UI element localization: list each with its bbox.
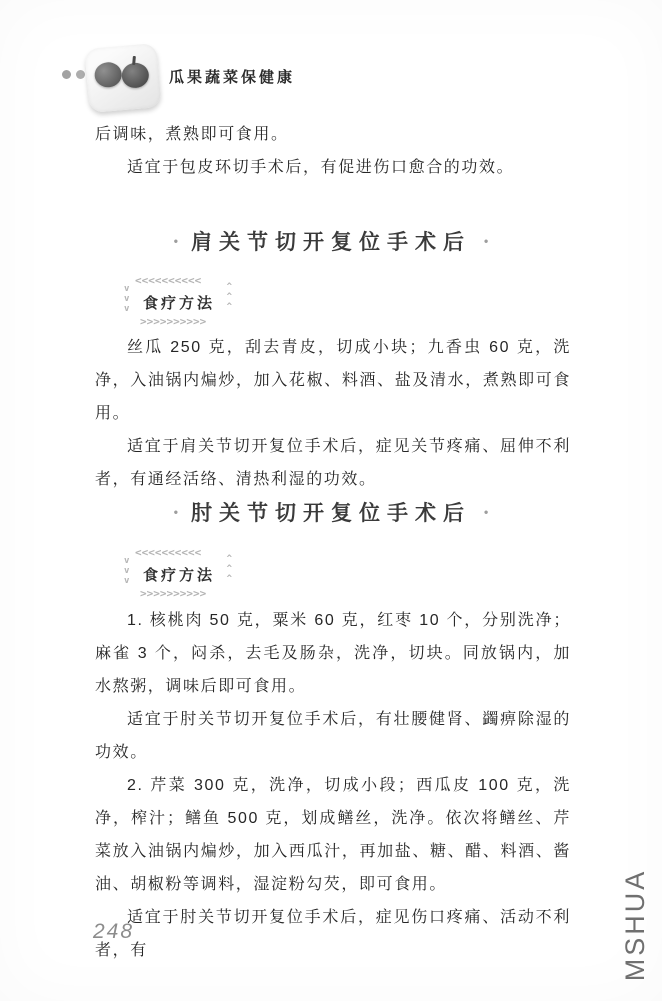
section-1-paragraphs: 丝瓜 250 克，刮去青皮，切成小块；九香虫 60 克，洗净，入油锅内煸炒，加入… — [95, 331, 571, 496]
fruit-icon — [94, 61, 123, 88]
heading-dot-icon: • — [484, 506, 488, 518]
badge-label: 食疗方法 — [143, 564, 215, 585]
chevron-frame-left: v v v — [124, 284, 129, 314]
section-2-paragraphs: 1. 核桃肉 50 克，粟米 60 克，红枣 10 个，分别洗净；麻雀 3 个，… — [95, 604, 571, 967]
paragraph: 适宜于肘关节切开复位手术后，有壮腰健肾、蠲痹除湿的功效。 — [95, 703, 571, 769]
paragraph-continuation: 后调味，煮熟即可食用。 — [95, 118, 571, 151]
chevron-frame-right: ^ ^ ^ — [227, 282, 232, 312]
chevron-frame-left: v v v — [124, 556, 129, 586]
chevron-frame-top: <<<<<<<<<< — [135, 274, 201, 287]
diet-method-badge: <<<<<<<<<< >>>>>>>>>> v v v ^ ^ ^ 食疗方法 — [124, 551, 232, 595]
dot-icon — [76, 70, 85, 79]
chevron-frame-right: ^ ^ ^ — [227, 554, 232, 584]
paragraph: 1. 核桃肉 50 克，粟米 60 克，红枣 10 个，分别洗净；麻雀 3 个，… — [95, 604, 571, 703]
chevron-frame-top: <<<<<<<<<< — [135, 546, 201, 559]
heading-dot-icon: • — [484, 235, 488, 247]
paragraph: 适宜于包皮环切手术后，有促进伤口愈合的功效。 — [95, 151, 571, 184]
intro-paragraphs: 后调味，煮熟即可食用。 适宜于包皮环切手术后，有促进伤口愈合的功效。 — [95, 118, 571, 184]
tomato-icon — [121, 62, 150, 89]
plate-logo-icon — [84, 43, 161, 113]
watermark-text: MSHUA — [620, 850, 656, 1000]
page-number: 248 — [93, 920, 134, 944]
section-title-shoulder-surgery: • 肩关节切开复位手术后 • — [0, 226, 662, 256]
brand-title: 瓜果蔬菜保健康 — [169, 66, 295, 87]
paragraph: 2. 芹菜 300 克，洗净，切成小段；西瓜皮 100 克，洗净，榨汁；鳝鱼 5… — [95, 769, 571, 901]
diet-method-badge: <<<<<<<<<< >>>>>>>>>> v v v ^ ^ ^ 食疗方法 — [124, 279, 232, 323]
paragraph: 适宜于肩关节切开复位手术后，症见关节疼痛、屈伸不利者，有通经活络、清热利湿的功效… — [95, 430, 571, 496]
section-title-elbow-surgery: • 肘关节切开复位手术后 • — [0, 497, 662, 527]
heading-dot-icon: • — [174, 506, 178, 518]
book-page: 瓜果蔬菜保健康 后调味，煮熟即可食用。 适宜于包皮环切手术后，有促进伤口愈合的功… — [0, 0, 662, 1001]
section-title-text: 肘关节切开复位手术后 — [191, 497, 471, 527]
heading-dot-icon: • — [174, 235, 178, 247]
tomato-stem-icon — [132, 56, 136, 65]
dot-icon — [62, 70, 71, 79]
paragraph: 丝瓜 250 克，刮去青皮，切成小块；九香虫 60 克，洗净，入油锅内煸炒，加入… — [95, 331, 571, 430]
paragraph: 适宜于肘关节切开复位手术后，症见伤口疼痛、活动不利者，有 — [95, 901, 571, 967]
section-title-text: 肩关节切开复位手术后 — [191, 226, 471, 256]
badge-label: 食疗方法 — [143, 292, 215, 313]
chevron-frame-bottom: >>>>>>>>>> — [140, 315, 206, 328]
chevron-frame-bottom: >>>>>>>>>> — [140, 587, 206, 600]
